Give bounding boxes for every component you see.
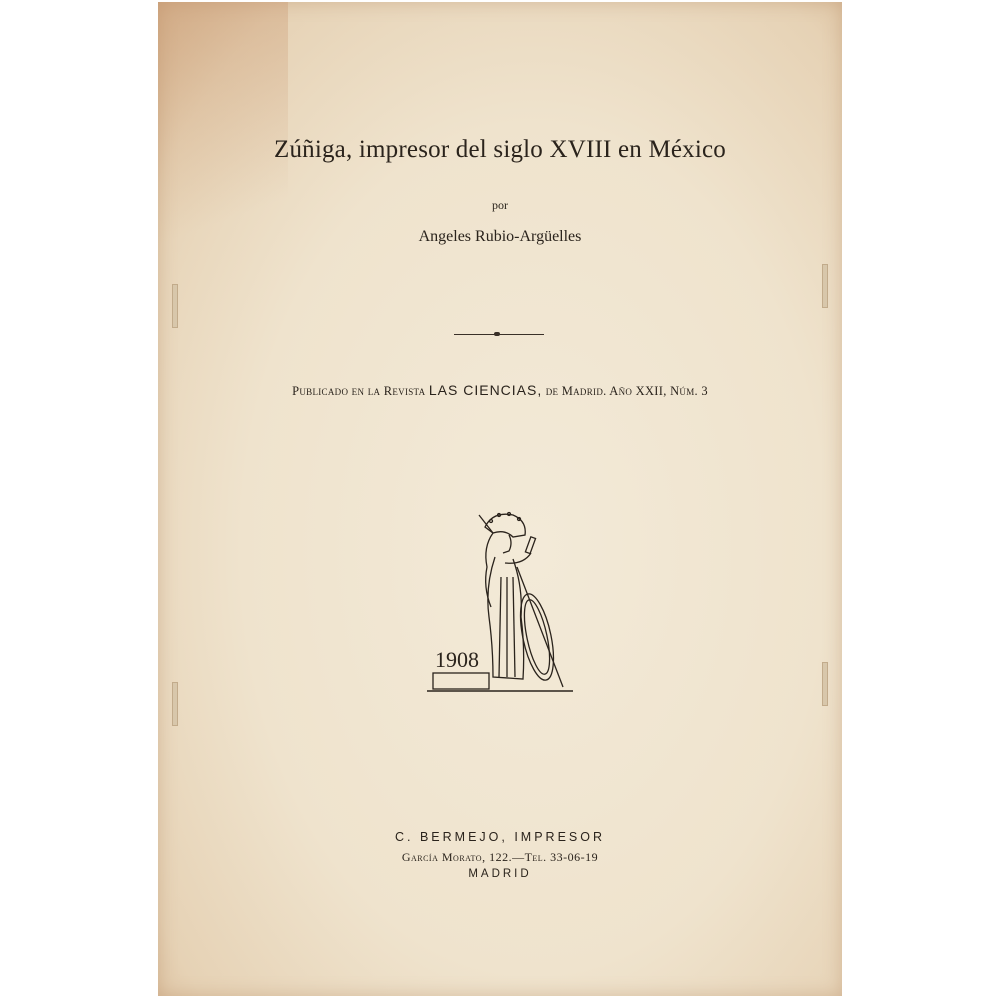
journal-name: LAS CIENCIAS,: [429, 382, 542, 398]
staple-mark: [172, 284, 178, 328]
printer-city: MADRID: [158, 868, 842, 880]
minerva-emblem-icon: 1908: [413, 507, 593, 707]
author-name: Angeles Rubio-Argüelles: [158, 228, 842, 246]
publication-prefix: Publicado en la Revista: [292, 384, 425, 398]
staple-mark: [822, 264, 828, 308]
document-title: Zúñiga, impresor del siglo XVIII en Méxi…: [158, 136, 842, 164]
document-cover-page: Zúñiga, impresor del siglo XVIII en Méxi…: [158, 2, 842, 996]
staple-mark: [172, 682, 178, 726]
printer-name: C. BERMEJO, IMPRESOR: [158, 830, 842, 844]
emblem-year: 1908: [435, 647, 479, 672]
printer-address: García Morato, 122.—Tel. 33-06-19: [158, 850, 842, 865]
publication-suffix: de Madrid. Año XXII, Núm. 3: [546, 384, 708, 398]
publication-note: Publicado en la Revista LAS CIENCIAS, de…: [158, 382, 842, 399]
by-line: por: [158, 198, 842, 213]
ornamental-divider: [454, 334, 544, 335]
staple-mark: [822, 662, 828, 706]
